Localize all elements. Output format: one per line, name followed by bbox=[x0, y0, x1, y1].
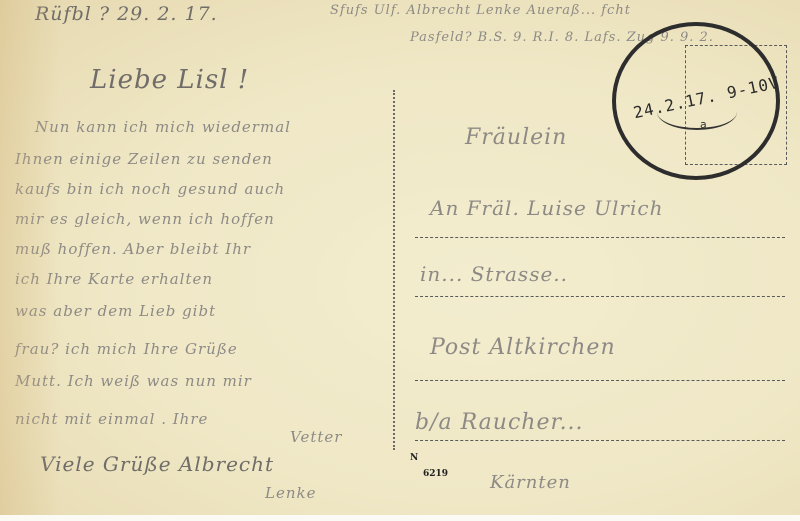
message-line: Ihnen einige Zeilen zu senden bbox=[15, 150, 273, 168]
postcard-back: Rüfbl ? 29. 2. 17. Sfufs Ulf. Albrecht L… bbox=[0, 0, 800, 515]
message-line: ich Ihre Karte erhalten bbox=[15, 270, 213, 288]
address-line-3: Post Altkirchen bbox=[430, 335, 616, 360]
address-rule bbox=[415, 440, 785, 441]
message-line: kaufs bin ich noch gesund auch bbox=[15, 180, 285, 198]
print-n-label: N bbox=[410, 453, 418, 463]
scan-edge bbox=[0, 515, 800, 521]
signature-name: Lenke bbox=[265, 484, 316, 502]
address-line-1: An Fräl. Luise Ulrich bbox=[430, 196, 663, 220]
closing: Vetter bbox=[290, 428, 342, 446]
message-line: muß hoffen. Aber bleibt Ihr bbox=[15, 240, 251, 258]
postmark-letter: a bbox=[700, 118, 707, 131]
center-divider bbox=[393, 90, 395, 450]
address-rule bbox=[415, 237, 785, 238]
message-line: nicht mit einmal . Ihre bbox=[15, 410, 208, 428]
signature: Viele Grüße Albrecht bbox=[40, 452, 274, 476]
address-line-2: in... Strasse.. bbox=[420, 262, 568, 286]
message-line: mir es gleich, wenn ich hoffen bbox=[15, 210, 275, 228]
date-line: Rüfbl ? 29. 2. 17. bbox=[35, 3, 218, 25]
address-line-4: b/a Raucher... bbox=[415, 410, 584, 435]
greeting: Liebe Lisl ! bbox=[90, 65, 249, 95]
address-rule bbox=[415, 380, 785, 381]
address-rule bbox=[415, 296, 785, 297]
message-line: Mutt. Ich weiß was nun mir bbox=[15, 372, 252, 390]
message-line: frau? ich mich Ihre Grüße bbox=[15, 340, 238, 358]
sender-line-1: Sfufs Ulf. Albrecht Lenke Aueraß... fcht bbox=[330, 3, 631, 18]
address-line-5: Kärnten bbox=[490, 472, 571, 493]
address-salutation: Fräulein bbox=[465, 125, 567, 150]
print-number: 6219 bbox=[423, 469, 448, 479]
message-line: was aber dem Lieb gibt bbox=[15, 302, 216, 320]
message-line: Nun kann ich mich wiedermal bbox=[35, 118, 291, 136]
